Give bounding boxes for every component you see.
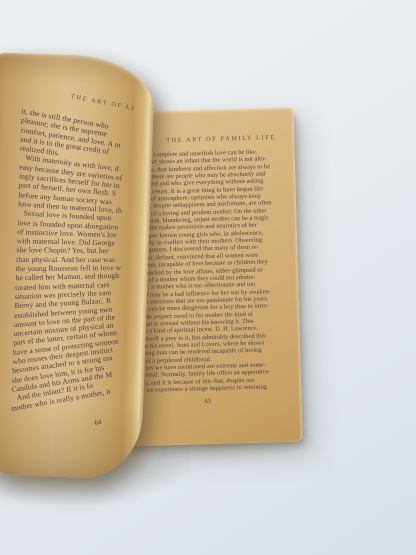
photo-background: THE ART OF FAMILY LIFE what complete and… bbox=[0, 0, 416, 555]
left-page-content: THE ART OF LI it, she is still the perso… bbox=[10, 91, 148, 428]
left-page-lines: it, she is still the person whopleasure;… bbox=[11, 106, 148, 417]
page-number: 65 bbox=[146, 396, 291, 407]
right-page-lines: what complete and unselfish love can be … bbox=[139, 148, 291, 394]
right-page-content: THE ART OF FAMILY LIFE what complete and… bbox=[139, 134, 291, 407]
running-header: THE ART OF FAMILY LIFE bbox=[139, 134, 284, 145]
left-page: THE ART OF LI it, she is still the perso… bbox=[0, 52, 155, 480]
